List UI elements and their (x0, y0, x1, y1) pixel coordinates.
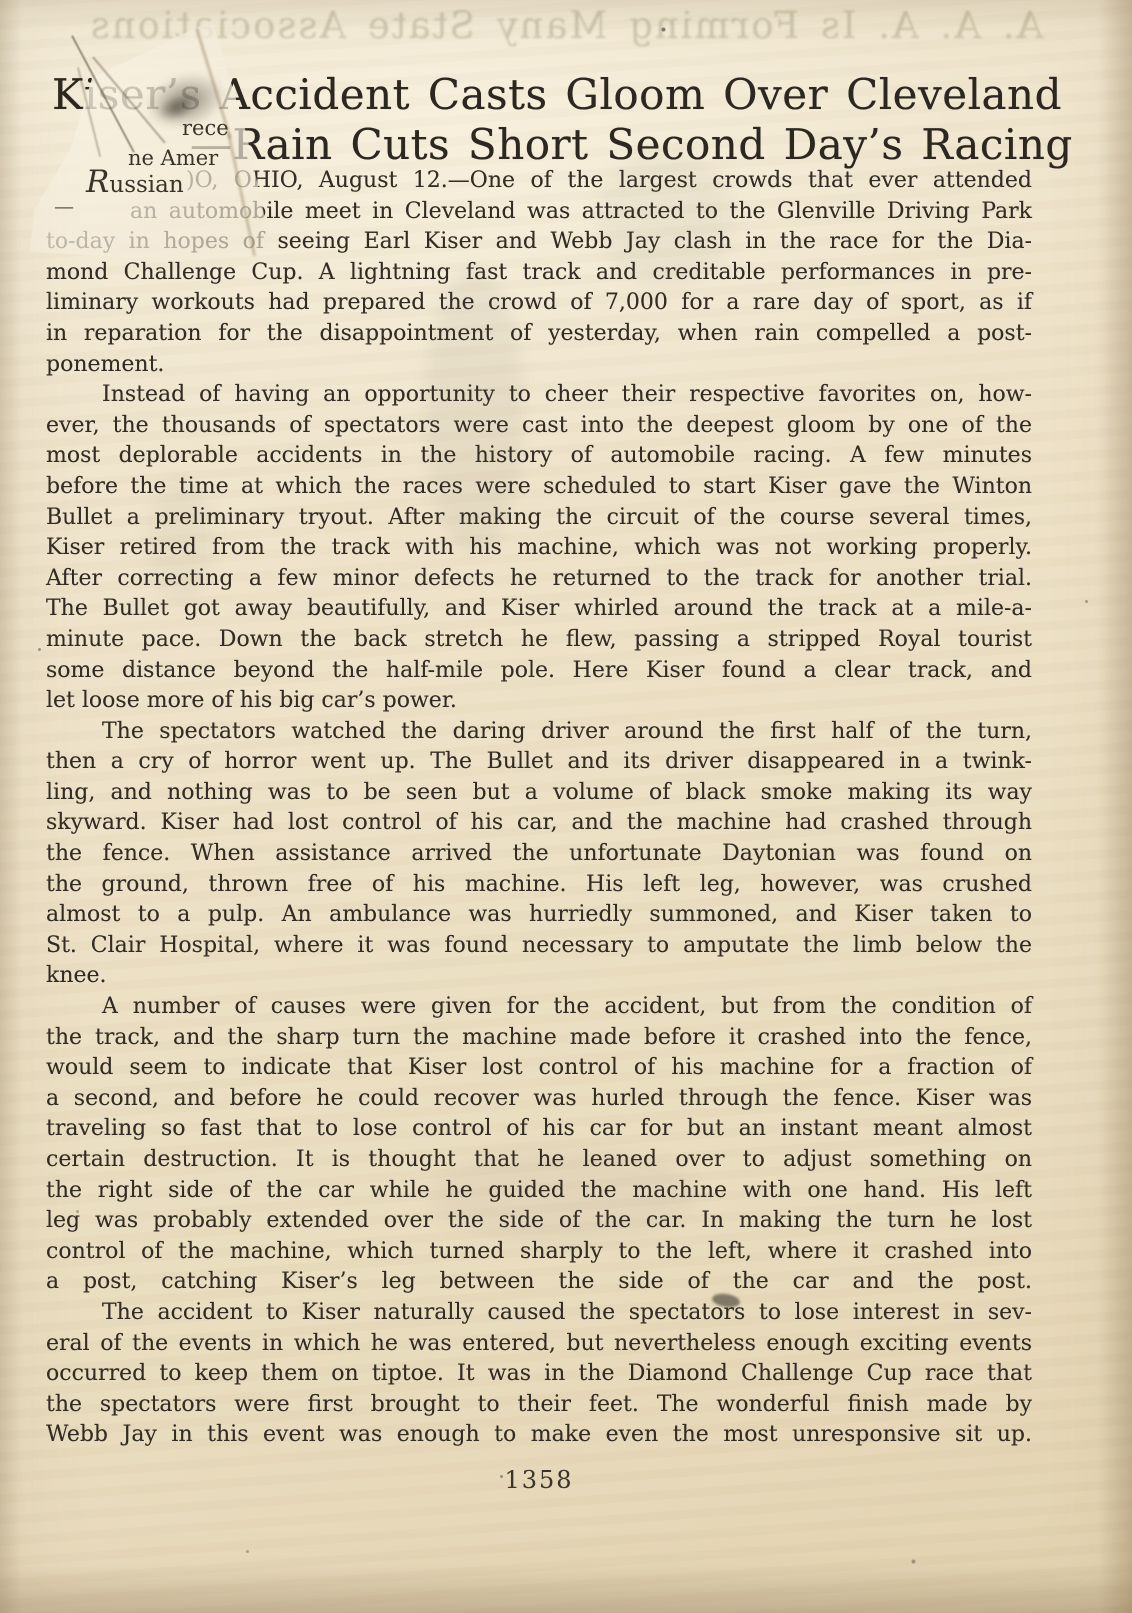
text-line: Webb Jay in this event was enough to mak… (46, 1420, 1032, 1451)
scanned-book-page: A. A. A. Is Forming Many State Associati… (0, 0, 1132, 1613)
text-line: control of the machine, which turned sha… (46, 1237, 1032, 1268)
text-line: would seem to indicate that Kiser lost c… (46, 1053, 1032, 1084)
paragraph: The accident to Kiser naturally caused t… (46, 1298, 1032, 1451)
text-line: an automobile meet in Cleveland was attr… (46, 197, 1032, 228)
text-line: a post, catching Kiser’s leg between the… (46, 1267, 1032, 1298)
flap-text-fragment: — (54, 194, 74, 218)
paragraph: Instead of having an opportunity to chee… (46, 380, 1032, 717)
flap-text-fragment: Russian (86, 170, 184, 197)
text-line: liminary workouts had prepared the crowd… (46, 288, 1032, 319)
text-line: let loose more of his big car’s power. (46, 686, 1032, 717)
text-line: the ground, thrown free of his machine. … (46, 870, 1032, 901)
text-line: before the time at which the races were … (46, 472, 1032, 503)
ghost-bleedthrough-header: A. A. A. Is Forming Many State Associati… (0, 4, 1132, 47)
text-line: Bullet a preliminary tryout. After makin… (46, 503, 1032, 534)
text-line: The Bullet got away beautifully, and Kis… (46, 594, 1032, 625)
text-line: occurred to keep them on tiptoe. It was … (46, 1359, 1032, 1390)
paragraph: A number of causes were given for the ac… (46, 992, 1032, 1298)
page-number: 1358 (46, 1466, 1032, 1494)
text-line: then a cry of horror went up. The Bullet… (46, 747, 1032, 778)
text-line: A number of causes were given for the ac… (46, 992, 1032, 1023)
article-body: )O, OHIO, August 12.—One of the largest … (46, 166, 1032, 1451)
text-line: mond Challenge Cup. A lightning fast tra… (46, 258, 1032, 289)
text-line: After correcting a few minor defects he … (46, 564, 1032, 595)
flap-text-fragment: ne Amer (128, 146, 218, 170)
text-line: The accident to Kiser naturally caused t… (46, 1298, 1032, 1329)
text-line: )O, OHIO, August 12.—One of the largest … (46, 166, 1032, 197)
text-line: the spectators were first brought to the… (46, 1390, 1032, 1421)
text-line: in reparation for the disappointment of … (46, 319, 1032, 350)
text-line: Kiser retired from the track with his ma… (46, 533, 1032, 564)
text-line: to-day in hopes of seeing Earl Kiser and… (46, 227, 1032, 258)
text-line: some distance beyond the half-mile pole.… (46, 656, 1032, 687)
text-line: most deplorable accidents in the history… (46, 441, 1032, 472)
text-line: minute pace. Down the back stretch he fl… (46, 625, 1032, 656)
text-line: ling, and nothing was to be seen but a v… (46, 778, 1032, 809)
flap-text-fragment: rece (182, 116, 229, 140)
dust-specks (0, 0, 3, 3)
text-line: skyward. Kiser had lost control of his c… (46, 808, 1032, 839)
text-line: almost to a pulp. An ambulance was hurri… (46, 900, 1032, 931)
text-line: knee. (46, 961, 1032, 992)
text-line: eral of the events in which he was enter… (46, 1329, 1032, 1360)
paragraph: The spectators watched the daring driver… (46, 717, 1032, 992)
headline-line-1: Kiser’s Accident Casts Gloom Over Clevel… (52, 70, 1052, 120)
text-line: certain destruction. It is thought that … (46, 1145, 1032, 1176)
paragraph: )O, OHIO, August 12.—One of the largest … (46, 166, 1032, 380)
text-line: the fence. When assistance arrived the u… (46, 839, 1032, 870)
text-line: traveling so fast that to lose control o… (46, 1114, 1032, 1145)
text-line: a second, and before he could recover wa… (46, 1084, 1032, 1115)
text-line: ever, the thousands of spectators were c… (46, 411, 1032, 442)
text-line: the track, and the sharp turn the machin… (46, 1023, 1032, 1054)
text-line: St. Clair Hospital, where it was found n… (46, 931, 1032, 962)
text-line: leg was probably extended over the side … (46, 1206, 1032, 1237)
text-line: ponement. (46, 350, 1032, 381)
text-line: Instead of having an opportunity to chee… (46, 380, 1032, 411)
text-line: The spectators watched the daring driver… (46, 717, 1032, 748)
text-line: the right side of the car while he guide… (46, 1176, 1032, 1207)
